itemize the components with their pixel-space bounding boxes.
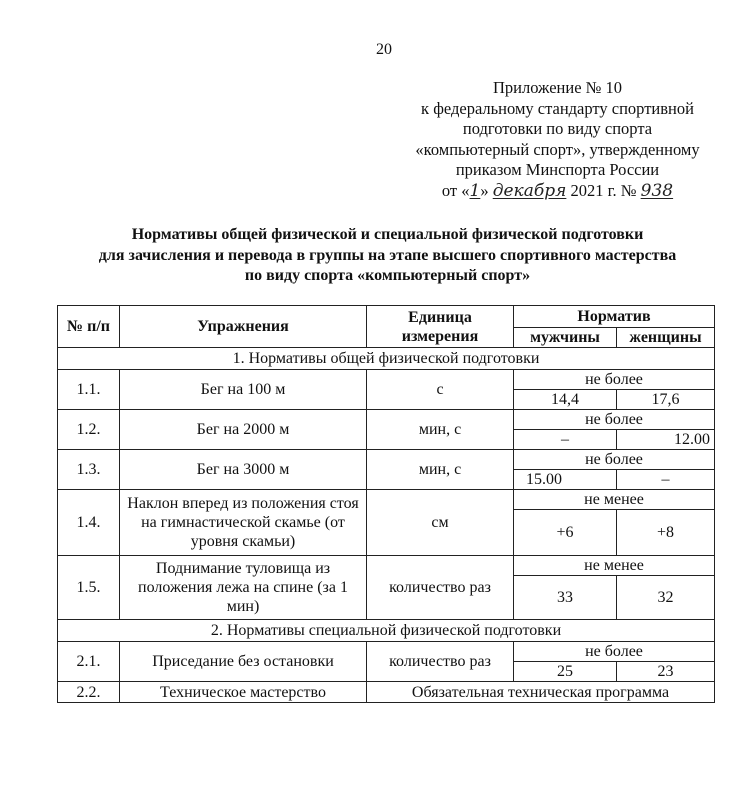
table-row: 1.5. Поднимание туловища из положения ле…: [58, 556, 715, 576]
handwritten-day: 1: [470, 181, 481, 201]
handwritten-month: декабря: [493, 181, 567, 201]
date-year: 2021 г. №: [566, 181, 640, 200]
table-row: 2.1. Приседание без остановки количество…: [58, 642, 715, 662]
row-unit: количество раз: [367, 642, 514, 682]
appendix-line: Приложение № 10: [385, 78, 730, 99]
header-norm: Норматив: [514, 306, 715, 328]
row-men: 25: [514, 662, 617, 682]
header-women: женщины: [617, 328, 715, 348]
section-title: 2. Нормативы специальной физической подг…: [58, 620, 715, 642]
row-unit: см: [367, 490, 514, 556]
row-qualifier: не более: [514, 642, 715, 662]
row-qualifier: не менее: [514, 556, 715, 576]
appendix-header: Приложение № 10 к федеральному стандарту…: [385, 78, 730, 201]
row-women: 32: [617, 576, 715, 620]
row-number: 1.4.: [58, 490, 120, 556]
header-unit: Единица измерения: [367, 306, 514, 348]
row-women: 23: [617, 662, 715, 682]
header-exercise: Упражнения: [120, 306, 367, 348]
title-line: Нормативы общей физической и специальной…: [55, 225, 720, 246]
row-number: 1.2.: [58, 410, 120, 450]
table-row: 2.2. Техническое мастерство Обязательная…: [58, 682, 715, 703]
row-women: +8: [617, 510, 715, 556]
row-exercise: Наклон вперед из положения стоя на гимна…: [120, 490, 367, 556]
row-merged-norm: Обязательная техническая программа: [367, 682, 715, 703]
row-exercise: Поднимание туловища из положения лежа на…: [120, 556, 367, 620]
row-men: +6: [514, 510, 617, 556]
row-women: 17,6: [617, 390, 715, 410]
section-title: 1. Нормативы общей физической подготовки: [58, 348, 715, 370]
row-men: 33: [514, 576, 617, 620]
row-qualifier: не более: [514, 410, 715, 430]
row-number: 1.3.: [58, 450, 120, 490]
row-exercise: Приседание без остановки: [120, 642, 367, 682]
header-row: № п/п Упражнения Единица измерения Норма…: [58, 306, 715, 328]
header-number: № п/п: [58, 306, 120, 348]
row-exercise: Бег на 2000 м: [120, 410, 367, 450]
document-title: Нормативы общей физической и специальной…: [55, 225, 720, 287]
table-row: 1.4. Наклон вперед из положения стоя на …: [58, 490, 715, 510]
row-exercise: Бег на 3000 м: [120, 450, 367, 490]
handwritten-order-number: 938: [641, 181, 673, 201]
row-number: 1.5.: [58, 556, 120, 620]
appendix-line: «компьютерный спорт», утвержденному: [385, 140, 730, 161]
norms-table: № п/п Упражнения Единица измерения Норма…: [57, 305, 715, 703]
table-row: 1.3. Бег на 3000 м мин, с не более: [58, 450, 715, 470]
page-number: 20: [376, 41, 392, 59]
title-line: по виду спорта «компьютерный спорт»: [55, 266, 720, 287]
row-exercise: Бег на 100 м: [120, 370, 367, 410]
row-unit: мин, с: [367, 450, 514, 490]
row-unit: количество раз: [367, 556, 514, 620]
row-exercise: Техническое мастерство: [120, 682, 367, 703]
row-unit: с: [367, 370, 514, 410]
appendix-line: к федеральному стандарту спортивной: [385, 99, 730, 120]
row-unit: мин, с: [367, 410, 514, 450]
row-qualifier: не менее: [514, 490, 715, 510]
table-row: 1.1. Бег на 100 м с не более: [58, 370, 715, 390]
order-date-line: от «1» декабря 2021 г. № 938: [385, 181, 730, 202]
row-men: 14,4: [514, 390, 617, 410]
date-prefix: от «: [442, 181, 470, 200]
title-line: для зачисления и перевода в группы на эт…: [55, 246, 720, 267]
appendix-line: подготовки по виду спорта: [385, 119, 730, 140]
section-row: 1. Нормативы общей физической подготовки: [58, 348, 715, 370]
row-qualifier: не более: [514, 370, 715, 390]
row-men: –: [514, 430, 617, 450]
row-number: 2.2.: [58, 682, 120, 703]
row-women: 12.00: [617, 430, 715, 450]
row-men: 15.00: [514, 470, 617, 490]
row-women: –: [617, 470, 715, 490]
row-number: 1.1.: [58, 370, 120, 410]
appendix-line: приказом Минспорта России: [385, 160, 730, 181]
row-number: 2.1.: [58, 642, 120, 682]
header-men: мужчины: [514, 328, 617, 348]
table-row: 1.2. Бег на 2000 м мин, с не более: [58, 410, 715, 430]
date-mid: »: [480, 181, 492, 200]
row-qualifier: не более: [514, 450, 715, 470]
section-row: 2. Нормативы специальной физической подг…: [58, 620, 715, 642]
